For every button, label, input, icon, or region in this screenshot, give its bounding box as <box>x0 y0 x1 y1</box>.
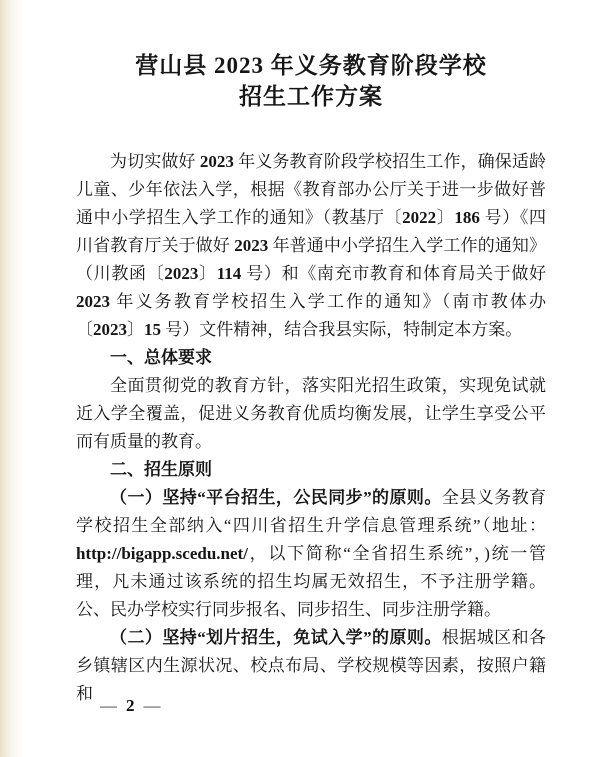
document-title: 营山县 2023 年义务教育阶段学校 招生工作方案 <box>76 50 546 112</box>
document-title-line2: 招生工作方案 <box>76 81 546 112</box>
paragraph-intro: 为切实做好 2023 年义务教育阶段学校招生工作，确保适龄儿童、少年依法入学，根… <box>76 148 546 344</box>
page-content: 营山县 2023 年义务教育阶段学校 招生工作方案 为切实做好 2023 年义务… <box>76 0 546 708</box>
document-page: 营山县 2023 年义务教育阶段学校 招生工作方案 为切实做好 2023 年义务… <box>0 0 596 757</box>
principle-2-lead: （二）坚持“划片招生，免试入学”的原则。 <box>110 628 442 647</box>
principle-1-text: 全县义务教育学校招生全部纳入“四川省招生升学信息管理系统”（地址：http://… <box>76 488 546 619</box>
document-title-line1: 营山县 2023 年义务教育阶段学校 <box>76 50 546 81</box>
section-heading-enrollment-principles: 二、招生原则 <box>76 456 546 484</box>
page-number-footer: —2— <box>100 694 161 718</box>
paragraph-overall-requirements: 全面贯彻党的教育方针，落实阳光招生政策，实现免试就近入学全覆盖，促进义务教育优质… <box>76 372 546 456</box>
section-heading-overall-requirements: 一、总体要求 <box>76 344 546 372</box>
footer-dash-left: — <box>100 696 117 715</box>
paragraph-principle-1: （一）坚持“平台招生，公民同步”的原则。全县义务教育学校招生全部纳入“四川省招生… <box>76 484 546 624</box>
document-body: 为切实做好 2023 年义务教育阶段学校招生工作，确保适龄儿童、少年依法入学，根… <box>76 148 546 708</box>
footer-page-number: 2 <box>126 696 135 715</box>
principle-1-lead: （一）坚持“平台招生，公民同步”的原则。 <box>110 488 442 507</box>
footer-dash-right: — <box>144 696 161 715</box>
